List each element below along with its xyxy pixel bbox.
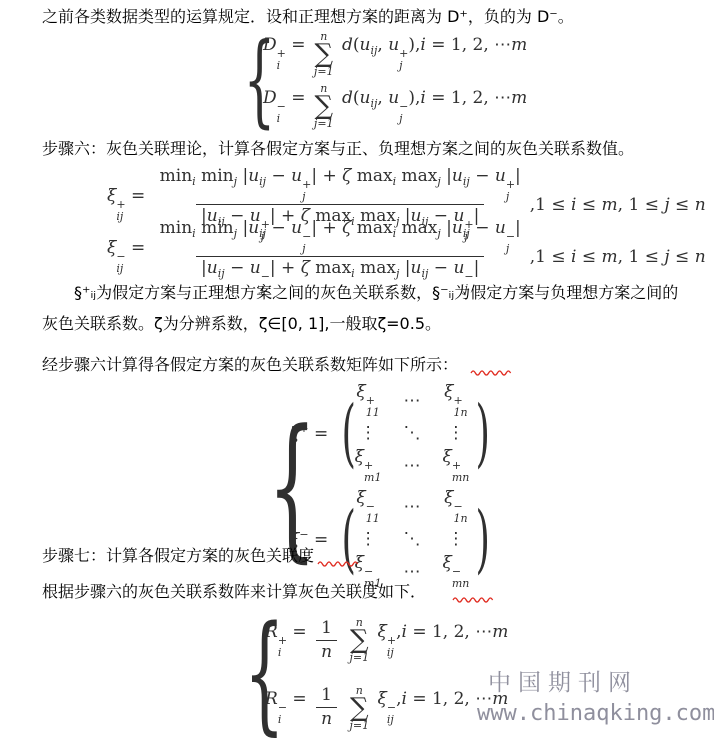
matrix-cell: ⋯ <box>403 562 420 582</box>
left-brace: { <box>244 610 258 738</box>
intro-text: 之前各类数据类型的运算规定．设和正理想方案的距离为 D⁺，负的为 D⁻。 <box>42 7 574 26</box>
coeff-paragraph-text2: 灰色关联系数。ζ为分辨系数，ζ∈[0, 1],一般取ζ=0.5。 <box>42 314 441 333</box>
d-plus-formula: D+i = n∑j=1 d(uij, u+j),i = 1, 2, ⋯m <box>263 31 527 77</box>
matrix-cell: ⋱ <box>403 529 420 549</box>
matrix-intro-text: 经步骤六计算得各假定方案的灰色关联系数矩阵如下所示： <box>42 355 458 374</box>
left-brace: { <box>268 409 283 564</box>
left-paren: ( <box>341 396 348 470</box>
step7-heading: 步骤七：计算各假定方案的灰色关联度 <box>42 546 361 567</box>
matrix-cell: ⋯ <box>403 497 420 517</box>
relation-degree-equation-system: { R+i = 1n n∑j=1 ξ+ij,i = 1, 2, ⋯m R−i =… <box>237 610 508 738</box>
watermark-site-url: www.chinaqking.com <box>477 701 714 726</box>
spellcheck-squiggle-icon <box>317 559 361 567</box>
step6-heading: 步骤六：灰色关联理论，计算各假定方案与正、负理想方案之间的灰色关联系数值。 <box>42 139 634 159</box>
right-paren: ) <box>476 502 483 576</box>
distance-equations: D+i = n∑j=1 d(uij, u+j),i = 1, 2, ⋯m D−i… <box>263 31 527 129</box>
xi-minus-matrix-grid: ξ−11 ⋯ ξ−1n ⋮ ⋱ ⋮ ξ−m1 ⋯ ξ−mn <box>352 488 473 590</box>
xi-plus-matrix-grid: ξ+11 ⋯ ξ+1n ⋮ ⋱ ⋮ ξ+m1 ⋯ ξ+mn <box>352 382 473 484</box>
spellcheck-squiggle-icon <box>452 595 496 603</box>
matrix-cell: ⋮ <box>447 529 464 549</box>
matrix-cell: ξ−11 <box>356 488 379 525</box>
matrix-cell: ξ+11 <box>356 382 379 419</box>
document-page: 之前各类数据类型的运算规定．设和正理想方案的距离为 D⁺，负的为 D⁻。 { D… <box>0 0 714 740</box>
matrix-cell: ⋮ <box>447 423 464 443</box>
matrix-cell: ⋯ <box>403 391 420 411</box>
step7-heading-text: 步骤七：计算各假定方案的灰色关联度 <box>42 546 314 565</box>
matrix-cell: ξ−1n <box>444 488 467 525</box>
xi-minus-matrix-equation: ξ− = ( ξ−11 ⋯ ξ−1n ⋮ ⋱ ⋮ ξ−m1 ⋯ ξ−mn ) <box>290 488 486 590</box>
step6-heading-text: 步骤六：灰色关联理论，计算各假定方案与正、负理想方案之间的灰色关联系数值。 <box>42 139 634 158</box>
d-minus-formula: D−i = n∑j=1 d(uij, u−j),i = 1, 2, ⋯m <box>263 83 527 129</box>
matrix-cell: ⋮ <box>360 423 377 443</box>
coeff-paragraph-line2: 灰色关联系数。ζ为分辨系数，ζ∈[0, 1],一般取ζ=0.5。 <box>42 314 441 334</box>
xi-minus-matrix: ( ξ−11 ⋯ ξ−1n ⋮ ⋱ ⋮ ξ−m1 ⋯ ξ−mn ) <box>338 488 487 590</box>
matrix-cell: ξ+mn <box>442 447 469 484</box>
right-paren: ) <box>476 396 483 470</box>
step7-line2-text: 根据步骤六的灰色关联系数阵来计算灰色关联度如下． <box>42 582 426 601</box>
matrix-cell: ξ+1n <box>444 382 467 419</box>
r-minus-formula: R−i = 1n n∑j=1 ξ−ij,i = 1, 2, ⋯m <box>265 684 508 732</box>
left-brace: { <box>244 30 257 130</box>
watermark-site-name: 中国期刊网 <box>488 664 638 697</box>
coeff-paragraph-text1: §⁺ᵢⱼ为假定方案与正理想方案之间的灰色关联系数，§⁻ᵢⱼ为假定方案与负理想方案… <box>74 283 678 302</box>
spellcheck-squiggle-icon <box>470 368 514 376</box>
relation-degree-equations: R+i = 1n n∑j=1 ξ+ij,i = 1, 2, ⋯m R−i = 1… <box>265 617 508 732</box>
xi-plus-matrix-equation: ξ+ = ( ξ+11 ⋯ ξ+1n ⋮ ⋱ ⋮ ξ+m1 ⋯ ξ+mn ) <box>290 382 486 484</box>
matrix-cell: ⋮ <box>360 529 377 549</box>
distance-equation-system: { D+i = n∑j=1 d(uij, u+j),i = 1, 2, ⋯m D… <box>237 30 527 130</box>
r-plus-formula: R+i = 1n n∑j=1 ξ+ij,i = 1, 2, ⋯m <box>265 617 508 665</box>
coeff-paragraph-line1: §⁺ᵢⱼ为假定方案与正理想方案之间的灰色关联系数，§⁻ᵢⱼ为假定方案与负理想方案… <box>74 283 678 303</box>
intro-line: 之前各类数据类型的运算规定．设和正理想方案的距离为 D⁺，负的为 D⁻。 <box>42 7 574 27</box>
matrix-cell: ⋯ <box>403 456 420 476</box>
matrix-intro-line: 经步骤六计算得各假定方案的灰色关联系数矩阵如下所示： <box>42 355 514 376</box>
xi-plus-matrix: ( ξ+11 ⋯ ξ+1n ⋮ ⋱ ⋮ ξ+m1 ⋯ ξ+mn ) <box>338 382 487 484</box>
matrix-cell: ξ+m1 <box>355 447 382 484</box>
matrix-cell: ⋱ <box>403 423 420 443</box>
